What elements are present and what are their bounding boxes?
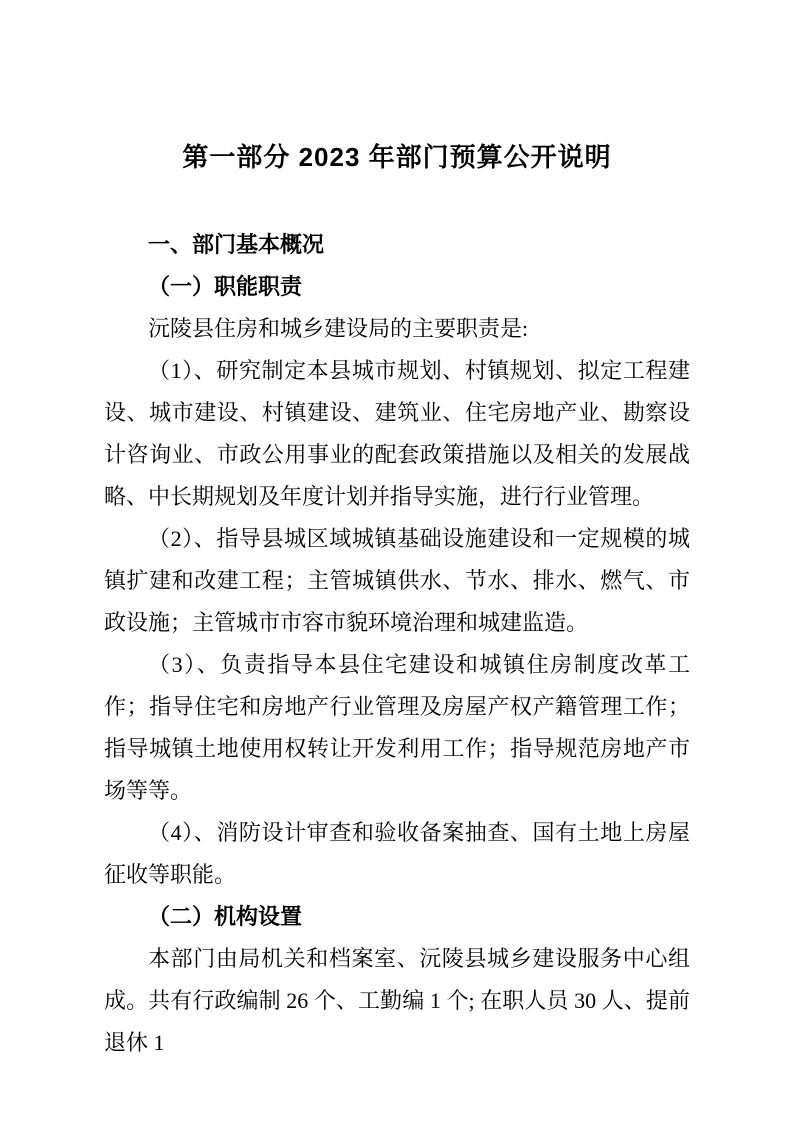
- subsection-heading-organization: （二）机构设置: [104, 896, 690, 938]
- paragraph-organization: 本部门由局机关和档案室、沅陵县城乡建设服务中心组成。共有行政编制 26 个、工勤…: [104, 938, 690, 1064]
- paragraph-duty-2: （2）、指导县城区域城镇基础设施建设和一定规模的城镇扩建和改建工程；主管城镇供水…: [104, 518, 690, 644]
- paragraph-duty-1: （1）、研究制定本县城市规划、村镇规划、拟定工程建设、城市建设、村镇建设、建筑业…: [104, 350, 690, 518]
- subsection-heading-duties: （一）职能职责: [104, 266, 690, 308]
- paragraph-duty-4: （4）、消防设计审查和验收备案抽查、国有土地上房屋征收等职能。: [104, 812, 690, 896]
- paragraph-duty-3: （3）、负责指导本县住宅建设和城镇住房制度改革工作；指导住宅和房地产行业管理及房…: [104, 644, 690, 812]
- document-page: 第一部分 2023 年部门预算公开说明 一、部门基本概况 （一）职能职责 沅陵县…: [0, 0, 793, 1122]
- document-title: 第一部分 2023 年部门预算公开说明: [104, 136, 690, 178]
- section-heading-basic-overview: 一、部门基本概况: [104, 224, 690, 266]
- paragraph-duties-intro: 沅陵县住房和城乡建设局的主要职责是:: [104, 308, 690, 350]
